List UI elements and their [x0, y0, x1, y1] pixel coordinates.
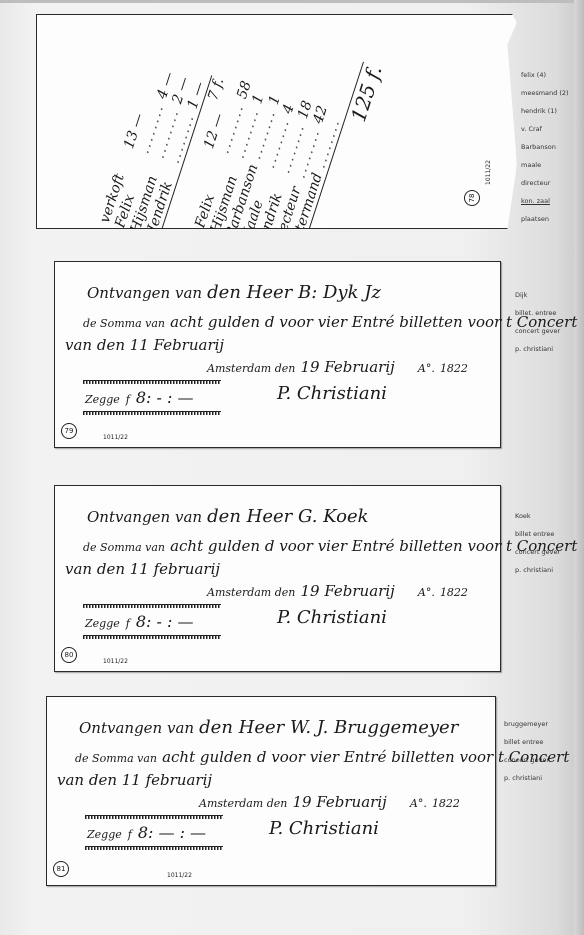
zegge-label: Zegge — [85, 393, 120, 406]
receipt-number-badge: 79 — [61, 423, 77, 439]
note-line: hendrik (1) — [521, 107, 569, 116]
amount-value: 8: - : — — [136, 388, 194, 407]
signature: P. Christiani — [269, 818, 379, 839]
receipt-80: Ontvangen van den Heer G. Koek de Somma … — [54, 485, 501, 672]
decorative-border — [83, 635, 221, 639]
concert-date: van den 11 februarij — [57, 771, 212, 789]
amount-line: Zegge f 8: - : — — [83, 608, 221, 635]
year-label: A°. — [410, 797, 427, 810]
year-label: A°. — [418, 586, 435, 599]
note-line: Dijk — [515, 291, 560, 300]
concert-date: van den 11 Februarij — [65, 336, 224, 354]
margin-note-79: Dijk billet. entree concert gever p. chr… — [515, 282, 560, 363]
margin-note-81: bruggemeyer billet entree concert gever … — [504, 711, 549, 792]
note-line: bruggemeyer — [504, 720, 549, 729]
sum-line: de Somma van acht gulden d voor vier Ent… — [83, 536, 577, 555]
received-from-label: Ontvangen van — [87, 284, 202, 302]
amount-line: Zegge f 8: - : — — [83, 384, 221, 411]
note-line: directeur — [521, 179, 569, 188]
concert-date: van den 11 februarij — [65, 560, 220, 578]
amount-box: Zegge f 8: - : — — [83, 604, 221, 634]
note-line: Koek — [515, 512, 560, 521]
receipt-number-badge: 80 — [61, 647, 77, 663]
receipt-date: 19 Februarij — [300, 358, 394, 376]
signature: P. Christiani — [277, 607, 387, 628]
receipt-78-ledger: verkoft 13 — Felix ........ 4 — Hijsman … — [36, 14, 517, 229]
received-from-label: Ontvangen van — [87, 508, 202, 526]
note-line: p. christiani — [504, 774, 549, 783]
archive-reference: 1011/22 — [103, 658, 128, 665]
place-date-line: Amsterdam den 19 Februarij A°. 1822 — [207, 357, 468, 376]
amount-box: Zegge f 8: - : — — [83, 380, 221, 410]
note-line: felix (4) — [521, 71, 569, 80]
payer-name: den Heer W. J. Bruggemeyer — [199, 717, 458, 738]
signature: P. Christiani — [277, 383, 387, 404]
sum-line: de Somma van acht gulden d voor vier Ent… — [83, 312, 577, 331]
ledger: verkoft 13 — Felix ........ 4 — Hijsman … — [37, 15, 517, 228]
received-from-line: Ontvangen van den Heer G. Koek — [87, 506, 369, 527]
sum-label: de Somma van — [75, 752, 157, 765]
note-line: v. Craf — [521, 125, 569, 134]
receipt-year: 1822 — [440, 586, 468, 599]
receipt-number-badge: 81 — [53, 861, 69, 877]
note-line: billet entree — [515, 530, 560, 539]
receipt-date: 19 Februarij — [292, 793, 386, 811]
place-label: Amsterdam den — [207, 362, 295, 375]
archive-reference: 1011/22 — [103, 434, 128, 441]
receipt-number-badge: 78 — [464, 190, 480, 206]
amount-box: Zegge f 8: — : — — [85, 815, 223, 845]
received-from-line: Ontvangen van den Heer B: Dyk Jz — [87, 282, 381, 303]
margin-note-80: Koek billet entree concert gever p. chri… — [515, 503, 560, 584]
receipt-date: 19 Februarij — [300, 582, 394, 600]
payer-name: den Heer B: Dyk Jz — [207, 282, 381, 303]
note-line: billet entree — [504, 738, 549, 747]
decorative-border — [83, 411, 221, 415]
place-label: Amsterdam den — [199, 797, 287, 810]
received-from-line: Ontvangen van den Heer W. J. Bruggemeyer — [79, 717, 458, 738]
year-label: A°. — [418, 362, 435, 375]
note-line: billet. entree — [515, 309, 560, 318]
receipt-79: Ontvangen van den Heer B: Dyk Jz de Somm… — [54, 261, 501, 448]
received-from-label: Ontvangen van — [79, 719, 194, 737]
margin-note-78: felix (4) meesmand (2) hendrik (1) v. Cr… — [521, 62, 569, 233]
place-label: Amsterdam den — [207, 586, 295, 599]
place-date-line: Amsterdam den 19 Februarij A°. 1822 — [199, 792, 460, 811]
zegge-label: Zegge — [87, 828, 122, 841]
note-line: Barbanson — [521, 143, 569, 152]
note-line: plaatsen — [521, 215, 569, 224]
amount-value: 8: - : — — [136, 612, 194, 631]
scan-top-edge — [0, 0, 584, 3]
note-line: maale — [521, 161, 569, 170]
sum-label: de Somma van — [83, 541, 165, 554]
note-line-underlined: kon. zaal — [521, 197, 569, 206]
note-line: concert gever — [515, 327, 560, 336]
place-date-line: Amsterdam den 19 Februarij A°. 1822 — [207, 581, 468, 600]
archive-reference: 1011/22 — [485, 160, 492, 185]
receipt-year: 1822 — [432, 797, 460, 810]
zegge-label: Zegge — [85, 617, 120, 630]
decorative-border — [85, 846, 223, 850]
note-line: concert gever — [504, 756, 549, 765]
florin-sign: f — [126, 617, 130, 630]
florin-sign: f — [128, 828, 132, 841]
amount-value: 8: — : — — [138, 823, 206, 842]
receipt-81: Ontvangen van den Heer W. J. Bruggemeyer… — [46, 696, 496, 886]
amount-line: Zegge f 8: — : — — [85, 819, 223, 846]
scan-right-edge — [574, 0, 584, 935]
payer-name: den Heer G. Koek — [207, 506, 368, 527]
archive-reference: 1011/22 — [167, 872, 192, 879]
note-line: p. christiani — [515, 566, 560, 575]
florin-sign: f — [126, 393, 130, 406]
note-line: concert gever — [515, 548, 560, 557]
sum-label: de Somma van — [83, 317, 165, 330]
note-line: meesmand (2) — [521, 89, 569, 98]
sum-line: de Somma van acht gulden d voor vier Ent… — [75, 747, 569, 766]
ledger-group-2: 12 — Felix ........ 58 Hijsman ........ … — [177, 23, 385, 267]
note-line: p. christiani — [515, 345, 560, 354]
receipt-year: 1822 — [440, 362, 468, 375]
